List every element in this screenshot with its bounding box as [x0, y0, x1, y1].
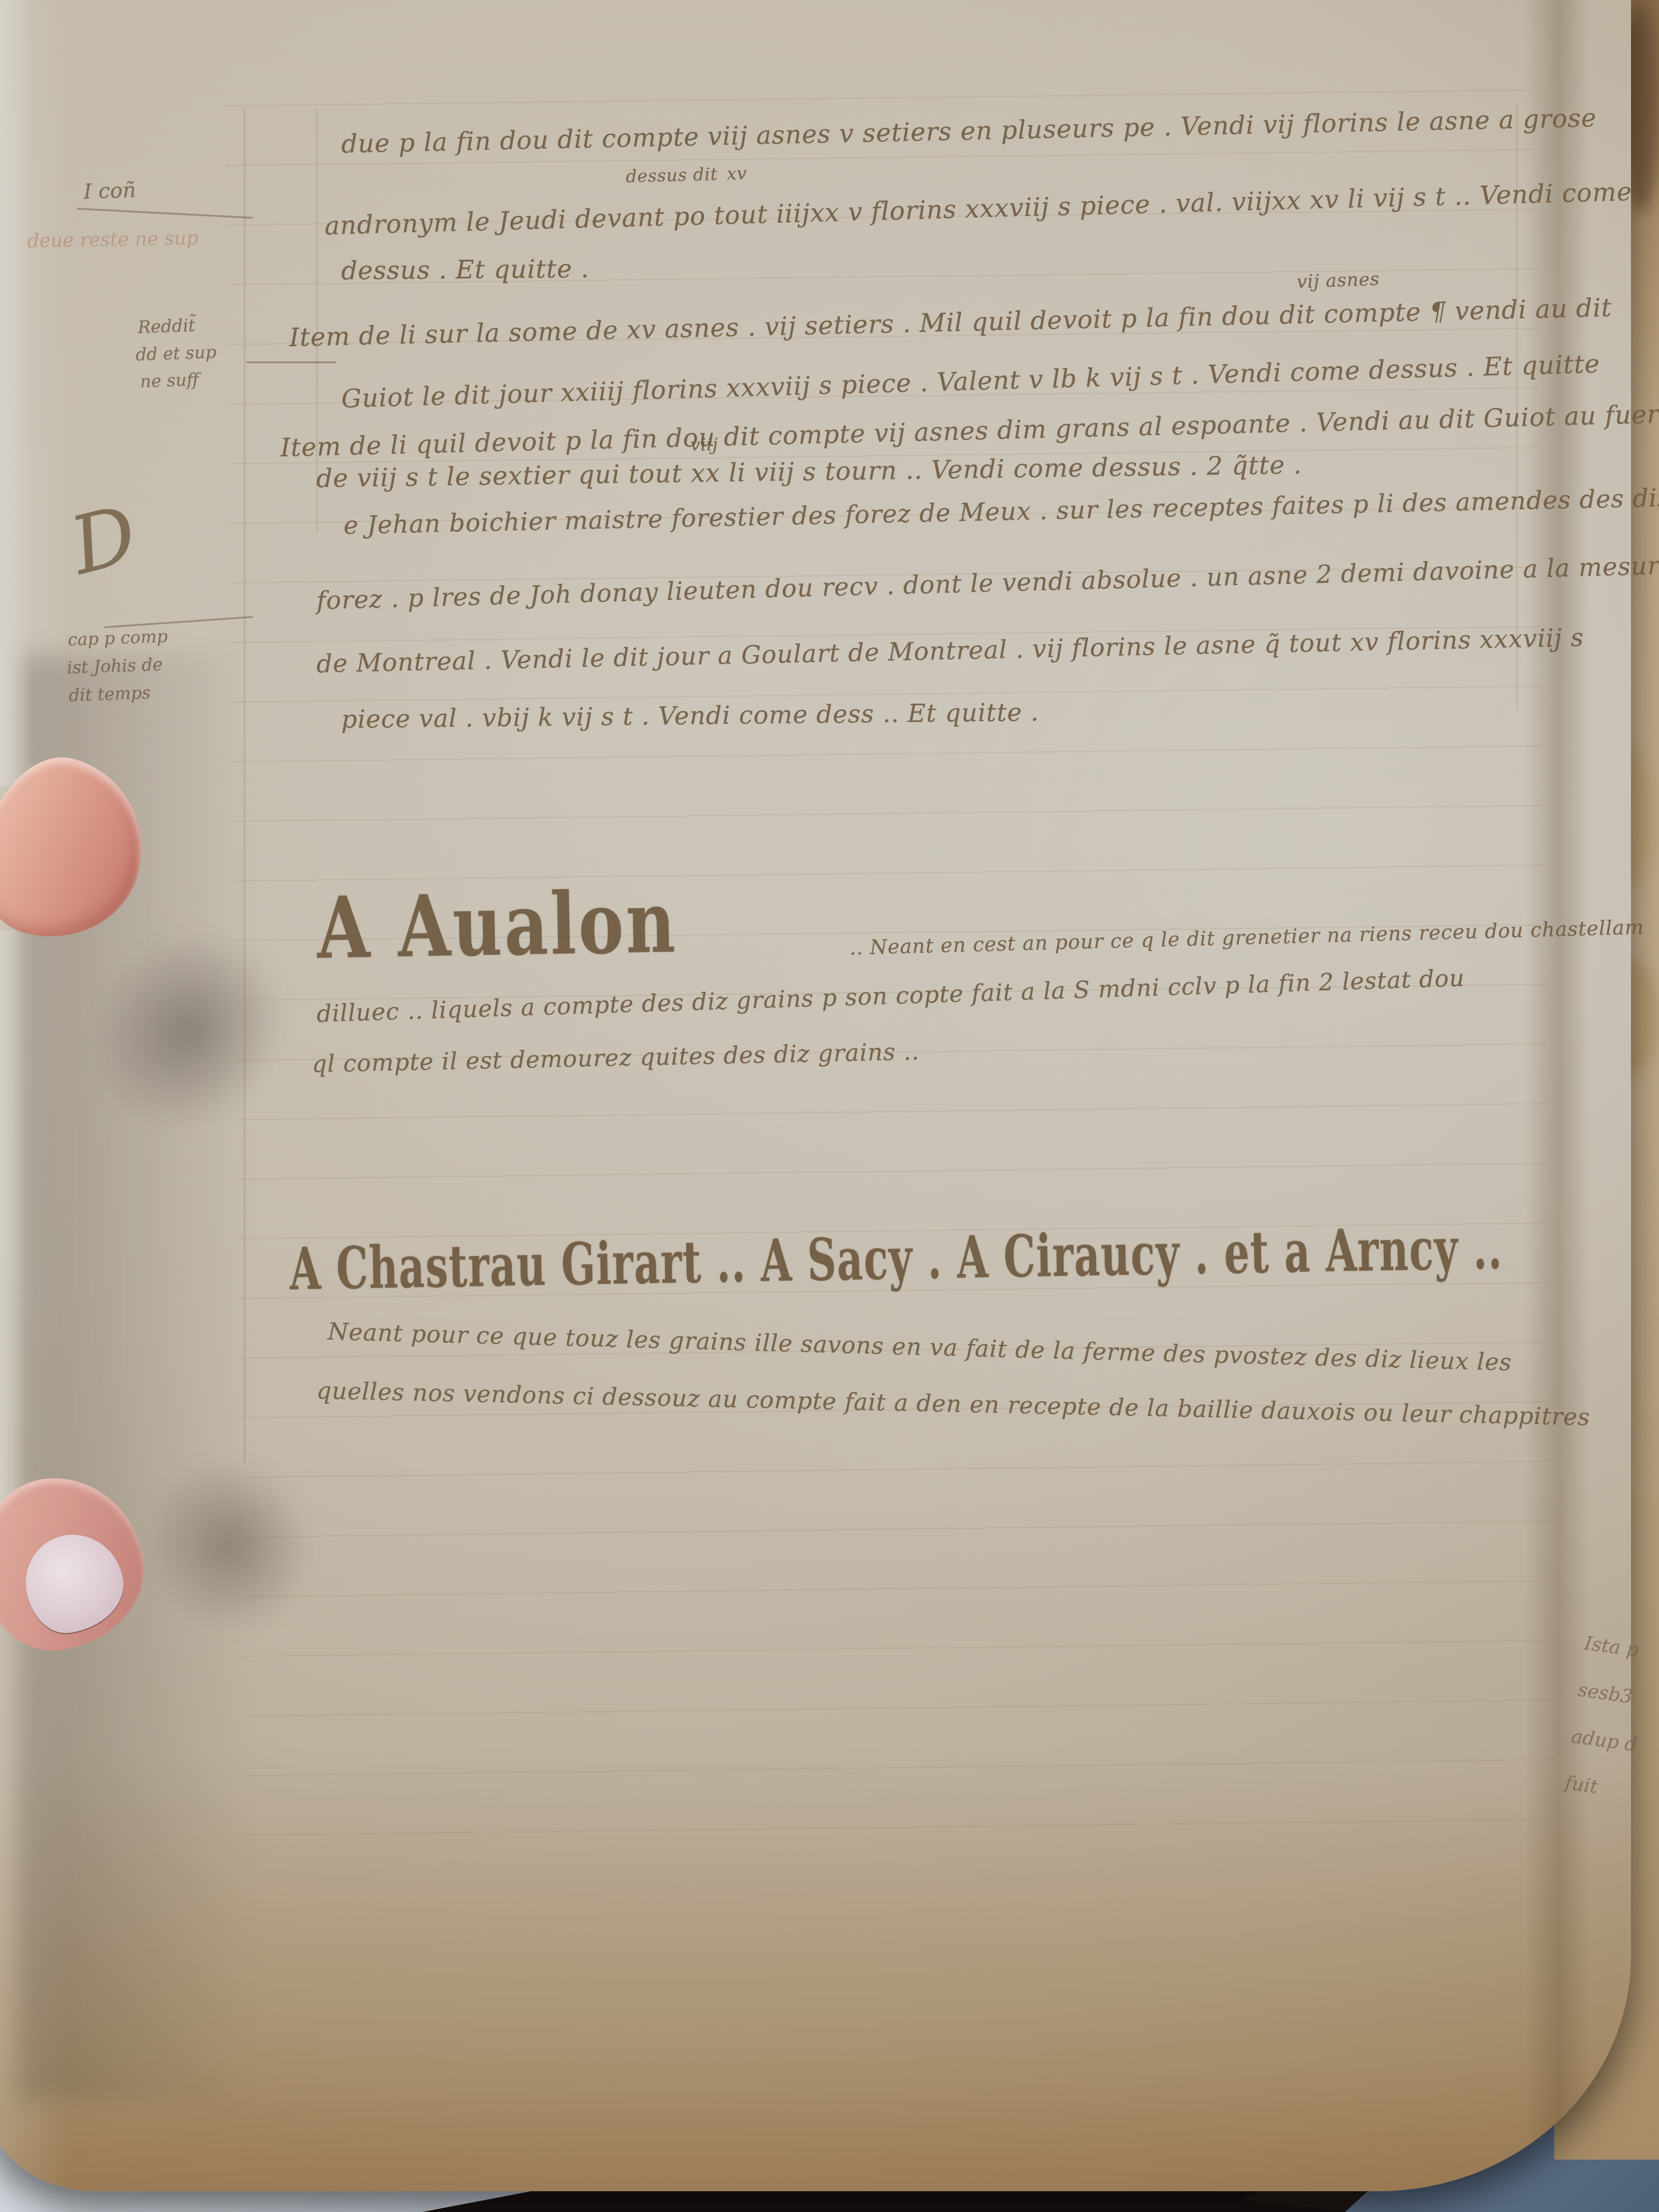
margin-note: Reddit̃ — [137, 315, 196, 337]
item-underline — [246, 361, 337, 363]
page-stack-edge — [0, 931, 25, 1509]
page-stack-edge — [0, 0, 32, 786]
thumb-nail — [19, 1528, 129, 1638]
margin-note: dd et sup — [135, 342, 216, 365]
interlinear-note: viij — [690, 434, 718, 455]
margin-note: ne suff — [140, 370, 199, 392]
adjacent-note-line: adup d — [1570, 1725, 1639, 1756]
margin-note: dit temps — [68, 683, 151, 705]
margin-note: ist Johis de — [66, 654, 163, 677]
heading-avalon: A Aualon — [316, 872, 678, 978]
body-line: dessus . Et quitte . — [341, 254, 590, 286]
manuscript-photo: I coñ deue reste ne sup due p la fin dou… — [0, 0, 1659, 2212]
margin-rule-left — [244, 108, 245, 1464]
margin-note: cap p comp — [67, 626, 168, 650]
adjacent-note-line: sesb3 — [1577, 1678, 1645, 1710]
interlinear-note: vij asnes — [1296, 269, 1380, 292]
interlinear-note: dessus dit xv — [625, 163, 747, 186]
margin-note-red: deue reste ne sup — [27, 227, 199, 252]
margin-note: I coñ — [83, 178, 136, 204]
